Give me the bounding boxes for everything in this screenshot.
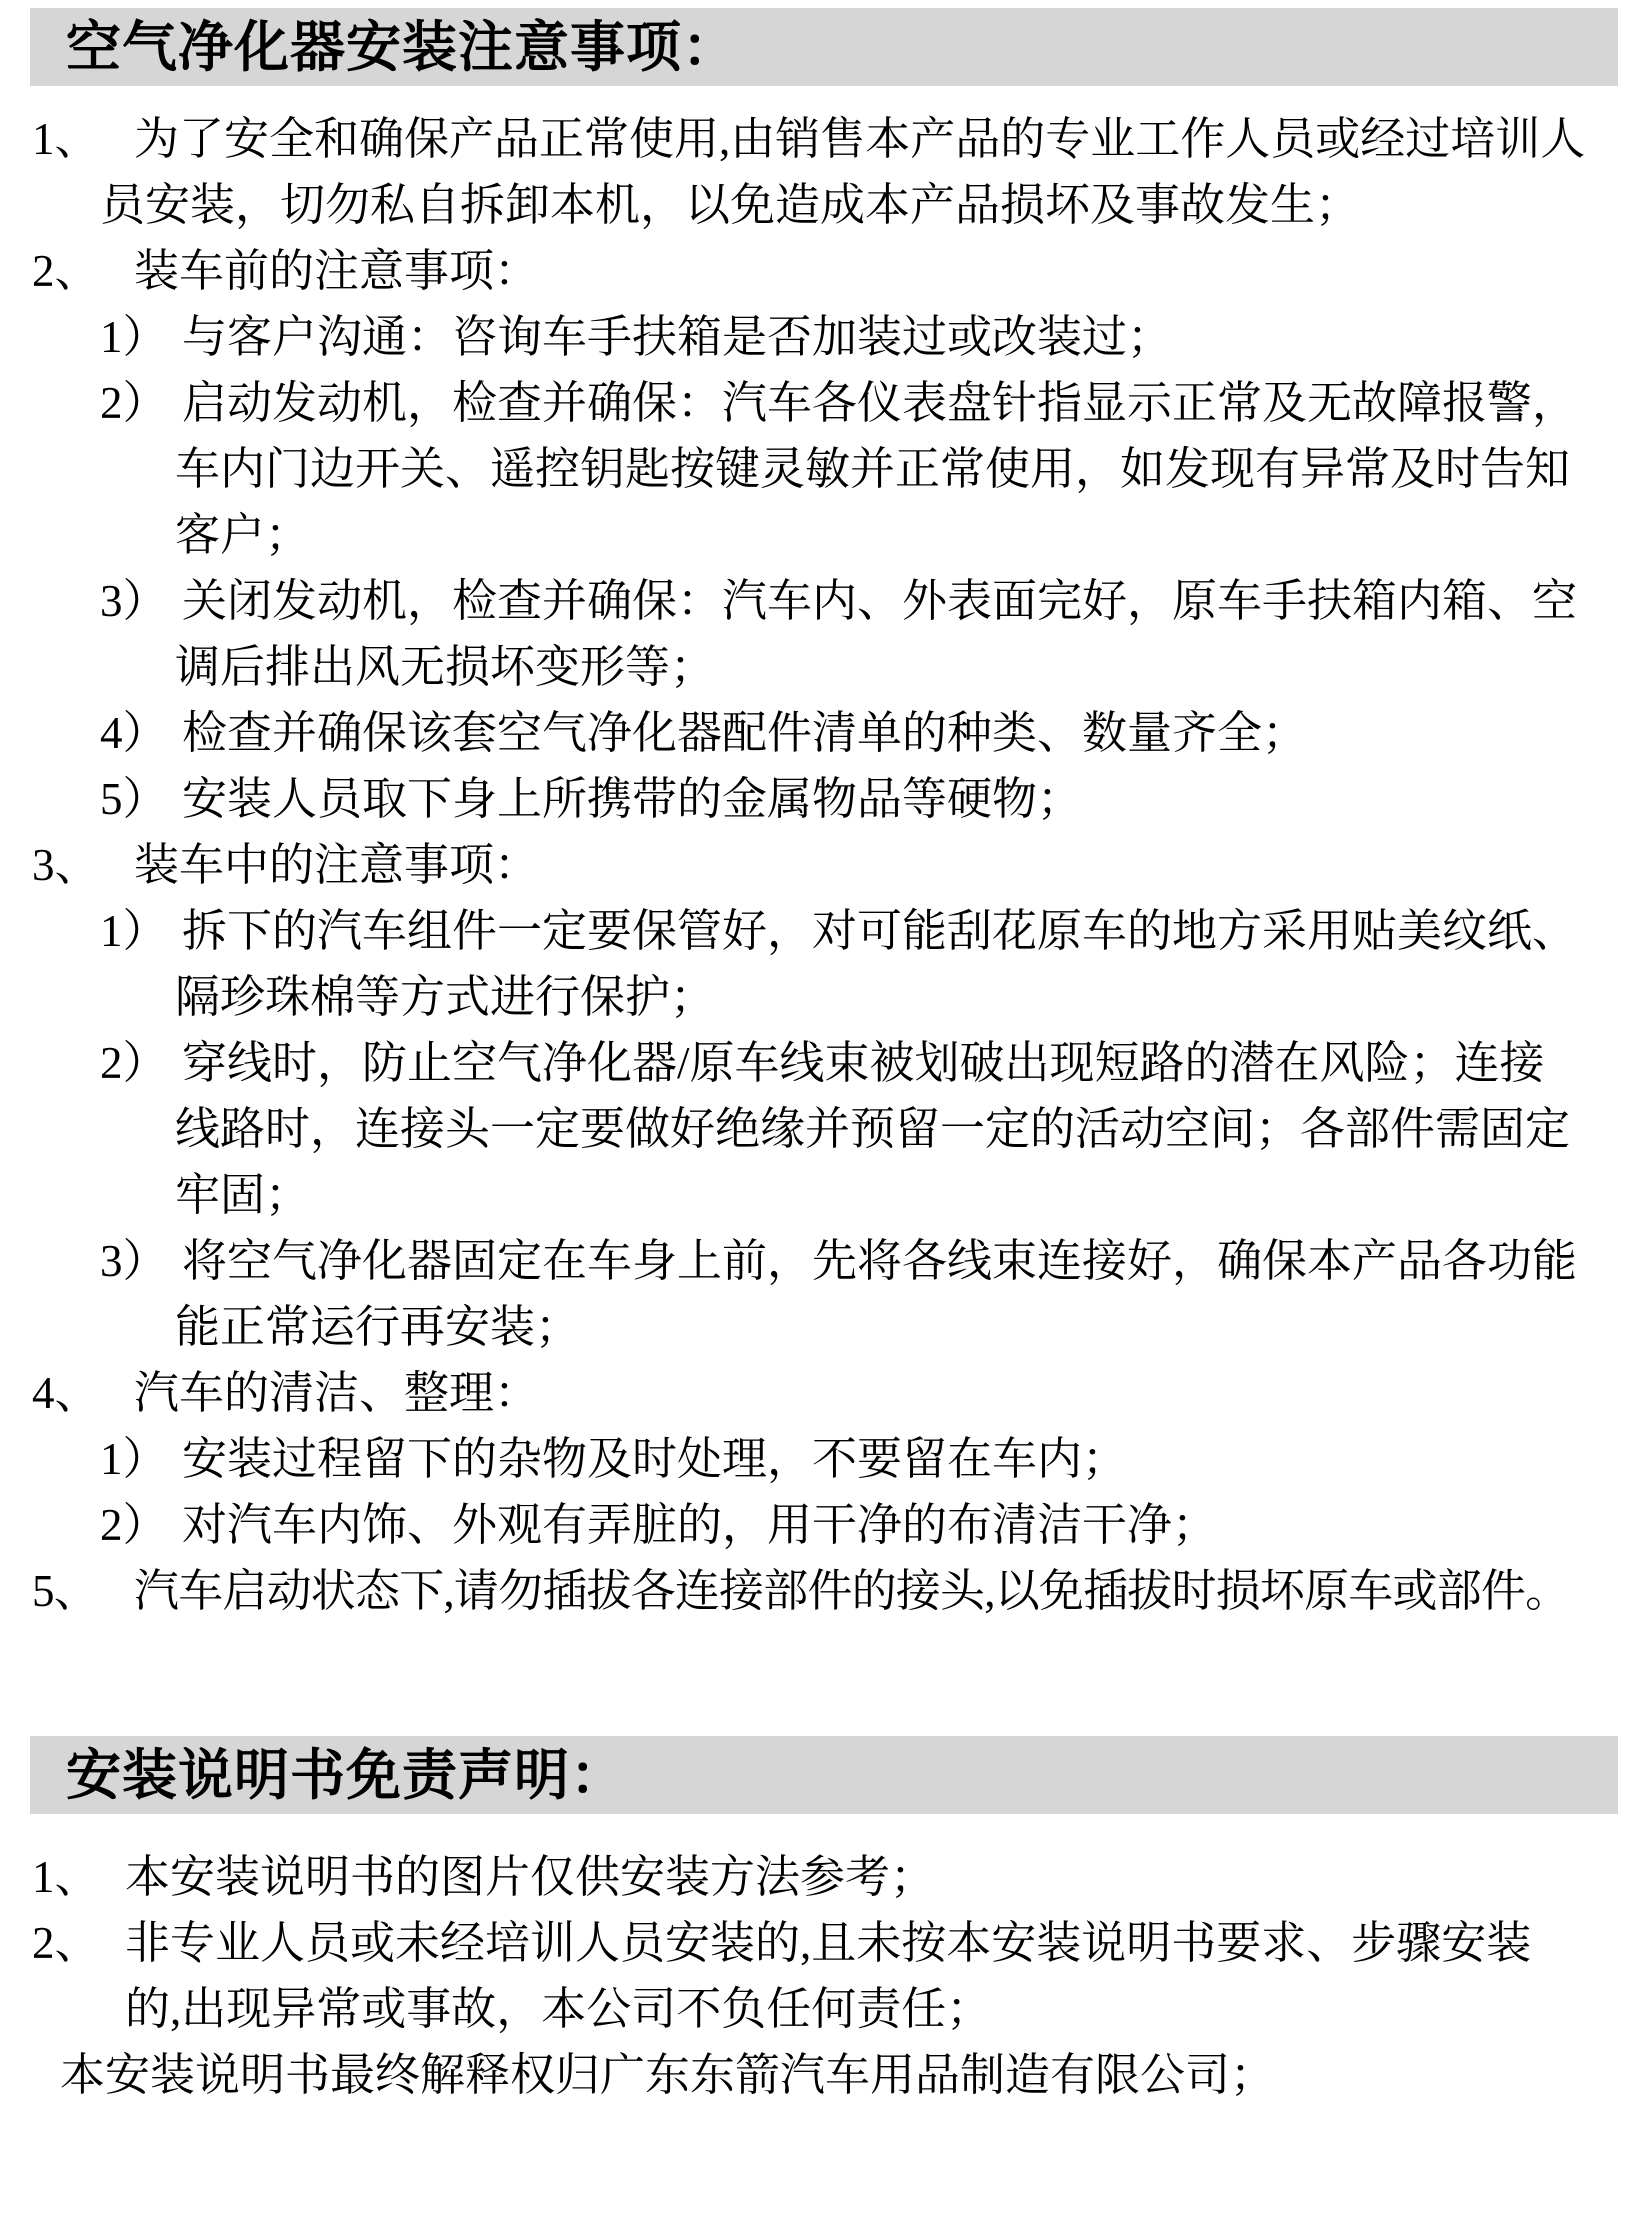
list-subitem: 4） 检查并确保该套空气净化器配件清单的种类、数量齐全； bbox=[0, 700, 1588, 766]
item-text: 本安装说明书的图片仅供安装方法参考； bbox=[125, 1852, 935, 1902]
item-text: 为了安全和确保产品正常使用,由销售本产品的专业工作人员或经过培训人员安装，切勿私… bbox=[100, 114, 1585, 230]
subitem-number: 2） bbox=[100, 1492, 168, 1558]
subitem-text: 与客户沟通：咨询车手扶箱是否加装过或改装过； bbox=[182, 312, 1172, 362]
subitem-text: 关闭发动机，检查并确保：汽车内、外表面完好，原车手扶箱内箱、空调后排出风无损坏变… bbox=[175, 576, 1577, 692]
item-text: 汽车的清洁、整理： bbox=[134, 1368, 539, 1418]
section2-header-bar: 安装说明书免责声明： bbox=[30, 1736, 1618, 1814]
document-page: 空气净化器安装注意事项： 1、 为了安全和确保产品正常使用,由销售本产品的专业工… bbox=[0, 0, 1648, 2221]
section1-title: 空气净化器安装注意事项： bbox=[66, 20, 738, 75]
subitem-text: 穿线时，防止空气净化器/原车线束被划破出现短路的潜在风险；连接线路时，连接头一定… bbox=[175, 1038, 1570, 1220]
subitem-text: 检查并确保该套空气净化器配件清单的种类、数量齐全； bbox=[182, 708, 1307, 758]
list-item: 4、 汽车的清洁、整理： bbox=[0, 1360, 1618, 1426]
list-subitem: 1） 拆下的汽车组件一定要保管好，对可能刮花原车的地方采用贴美纹纸、隔珍珠棉等方… bbox=[0, 898, 1588, 1030]
subitem-number: 2） bbox=[100, 370, 168, 436]
subitem-text: 安装过程留下的杂物及时处理，不要留在车内； bbox=[182, 1434, 1127, 1484]
list-subitem: 2） 启动发动机，检查并确保：汽车各仪表盘针指显示正常及无故障报警，车内门边开关… bbox=[0, 370, 1588, 568]
section1-header-bar: 空气净化器安装注意事项： bbox=[30, 8, 1618, 86]
list-subitem: 3） 将空气净化器固定在车身上前，先将各线束连接好，确保本产品各功能能正常运行再… bbox=[0, 1228, 1588, 1360]
list-item: 2、 非专业人员或未经培训人员安装的,且未按本安装说明书要求、步骤安装的,出现异… bbox=[0, 1910, 1565, 2042]
list-item: 2、 装车前的注意事项： bbox=[0, 238, 1618, 304]
disclaimer-footer: 本安装说明书最终解释权归广东东箭汽车用品制造有限公司； bbox=[0, 2042, 1618, 2108]
section1-body: 1、 为了安全和确保产品正常使用,由销售本产品的专业工作人员或经过培训人员安装，… bbox=[0, 106, 1648, 1624]
list-subitem: 5） 安装人员取下身上所携带的金属物品等硬物； bbox=[0, 766, 1588, 832]
list-subitem: 2） 穿线时，防止空气净化器/原车线束被划破出现短路的潜在风险；连接线路时，连接… bbox=[0, 1030, 1588, 1228]
subitem-text: 拆下的汽车组件一定要保管好，对可能刮花原车的地方采用贴美纹纸、隔珍珠棉等方式进行… bbox=[175, 906, 1577, 1022]
subitem-number: 1） bbox=[100, 1426, 168, 1492]
item-number: 4、 bbox=[32, 1360, 100, 1426]
item-number: 5、 bbox=[32, 1558, 98, 1624]
list-subitem: 1） 与客户沟通：咨询车手扶箱是否加装过或改装过； bbox=[0, 304, 1588, 370]
item-number: 2、 bbox=[32, 238, 100, 304]
list-subitem: 1） 安装过程留下的杂物及时处理，不要留在车内； bbox=[0, 1426, 1588, 1492]
list-item: 1、 为了安全和确保产品正常使用,由销售本产品的专业工作人员或经过培训人员安装，… bbox=[0, 106, 1618, 238]
subitem-number: 2） bbox=[100, 1030, 168, 1096]
subitem-text: 安装人员取下身上所携带的金属物品等硬物； bbox=[182, 774, 1082, 824]
subitem-number: 3） bbox=[100, 1228, 168, 1294]
subitem-text: 启动发动机，检查并确保：汽车各仪表盘针指显示正常及无故障报警，车内门边开关、遥控… bbox=[175, 378, 1577, 560]
subitem-text: 对汽车内饰、外观有弄脏的，用干净的布清洁干净； bbox=[182, 1500, 1217, 1550]
subitem-text: 将空气净化器固定在车身上前，先将各线束连接好，确保本产品各功能能正常运行再安装； bbox=[175, 1236, 1577, 1352]
section2-body: 1、 本安装说明书的图片仅供安装方法参考； 2、 非专业人员或未经培训人员安装的… bbox=[0, 1844, 1648, 2108]
subitem-number: 1） bbox=[100, 304, 168, 370]
list-item: 3、 装车中的注意事项： bbox=[0, 832, 1618, 898]
subitem-number: 5） bbox=[100, 766, 168, 832]
subitem-number: 3） bbox=[100, 568, 168, 634]
list-subitem: 3） 关闭发动机，检查并确保：汽车内、外表面完好，原车手扶箱内箱、空调后排出风无… bbox=[0, 568, 1588, 700]
item-text: 装车中的注意事项： bbox=[134, 840, 539, 890]
item-text: 汽车启动状态下,请勿插拔各连接部件的接头,以免插拔时损坏原车或部件。 bbox=[134, 1566, 1569, 1616]
item-number: 2、 bbox=[32, 1910, 100, 1976]
list-item: 1、 本安装说明书的图片仅供安装方法参考； bbox=[0, 1844, 1565, 1910]
item-number: 3、 bbox=[32, 832, 100, 898]
subitem-number: 1） bbox=[100, 898, 168, 964]
section2-title: 安装说明书免责声明： bbox=[66, 1748, 626, 1803]
subitem-number: 4） bbox=[100, 700, 168, 766]
item-number: 1、 bbox=[32, 1844, 100, 1910]
item-text: 装车前的注意事项： bbox=[134, 246, 539, 296]
item-text: 非专业人员或未经培训人员安装的,且未按本安装说明书要求、步骤安装的,出现异常或事… bbox=[125, 1918, 1531, 2034]
list-subitem: 2） 对汽车内饰、外观有弄脏的，用干净的布清洁干净； bbox=[0, 1492, 1588, 1558]
list-item: 5、 汽车启动状态下,请勿插拔各连接部件的接头,以免插拔时损坏原车或部件。 bbox=[0, 1558, 1618, 1624]
item-number: 1、 bbox=[32, 106, 100, 172]
